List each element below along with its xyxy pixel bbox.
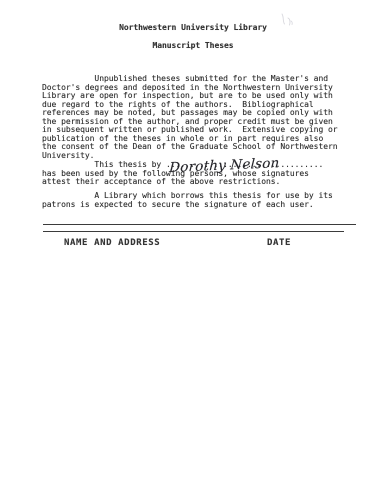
thesis-line-3: attest their acceptance of the above res… bbox=[42, 177, 280, 186]
handwritten-signature: Dorothy Nelson bbox=[169, 159, 280, 172]
restrictions-paragraph: Unpublished theses submitted for the Mas… bbox=[42, 75, 338, 160]
document-subtitle: Manuscript Theses bbox=[0, 42, 386, 51]
scanned-document-page: Northwestern University Library Manuscri… bbox=[0, 0, 386, 500]
register-divider-rule-bottom bbox=[43, 231, 344, 232]
thesis-signature-paragraph: This thesis by .........................… bbox=[42, 161, 323, 187]
signature-line: .................................Dorothy… bbox=[166, 161, 323, 170]
date-column-header: DATE bbox=[267, 238, 291, 248]
register-divider-rule-top bbox=[43, 224, 356, 225]
library-borrow-paragraph: A Library which borrows this thesis for … bbox=[42, 192, 333, 209]
name-address-column-header: NAME AND ADDRESS bbox=[64, 238, 160, 248]
document-title: Northwestern University Library bbox=[0, 24, 386, 33]
